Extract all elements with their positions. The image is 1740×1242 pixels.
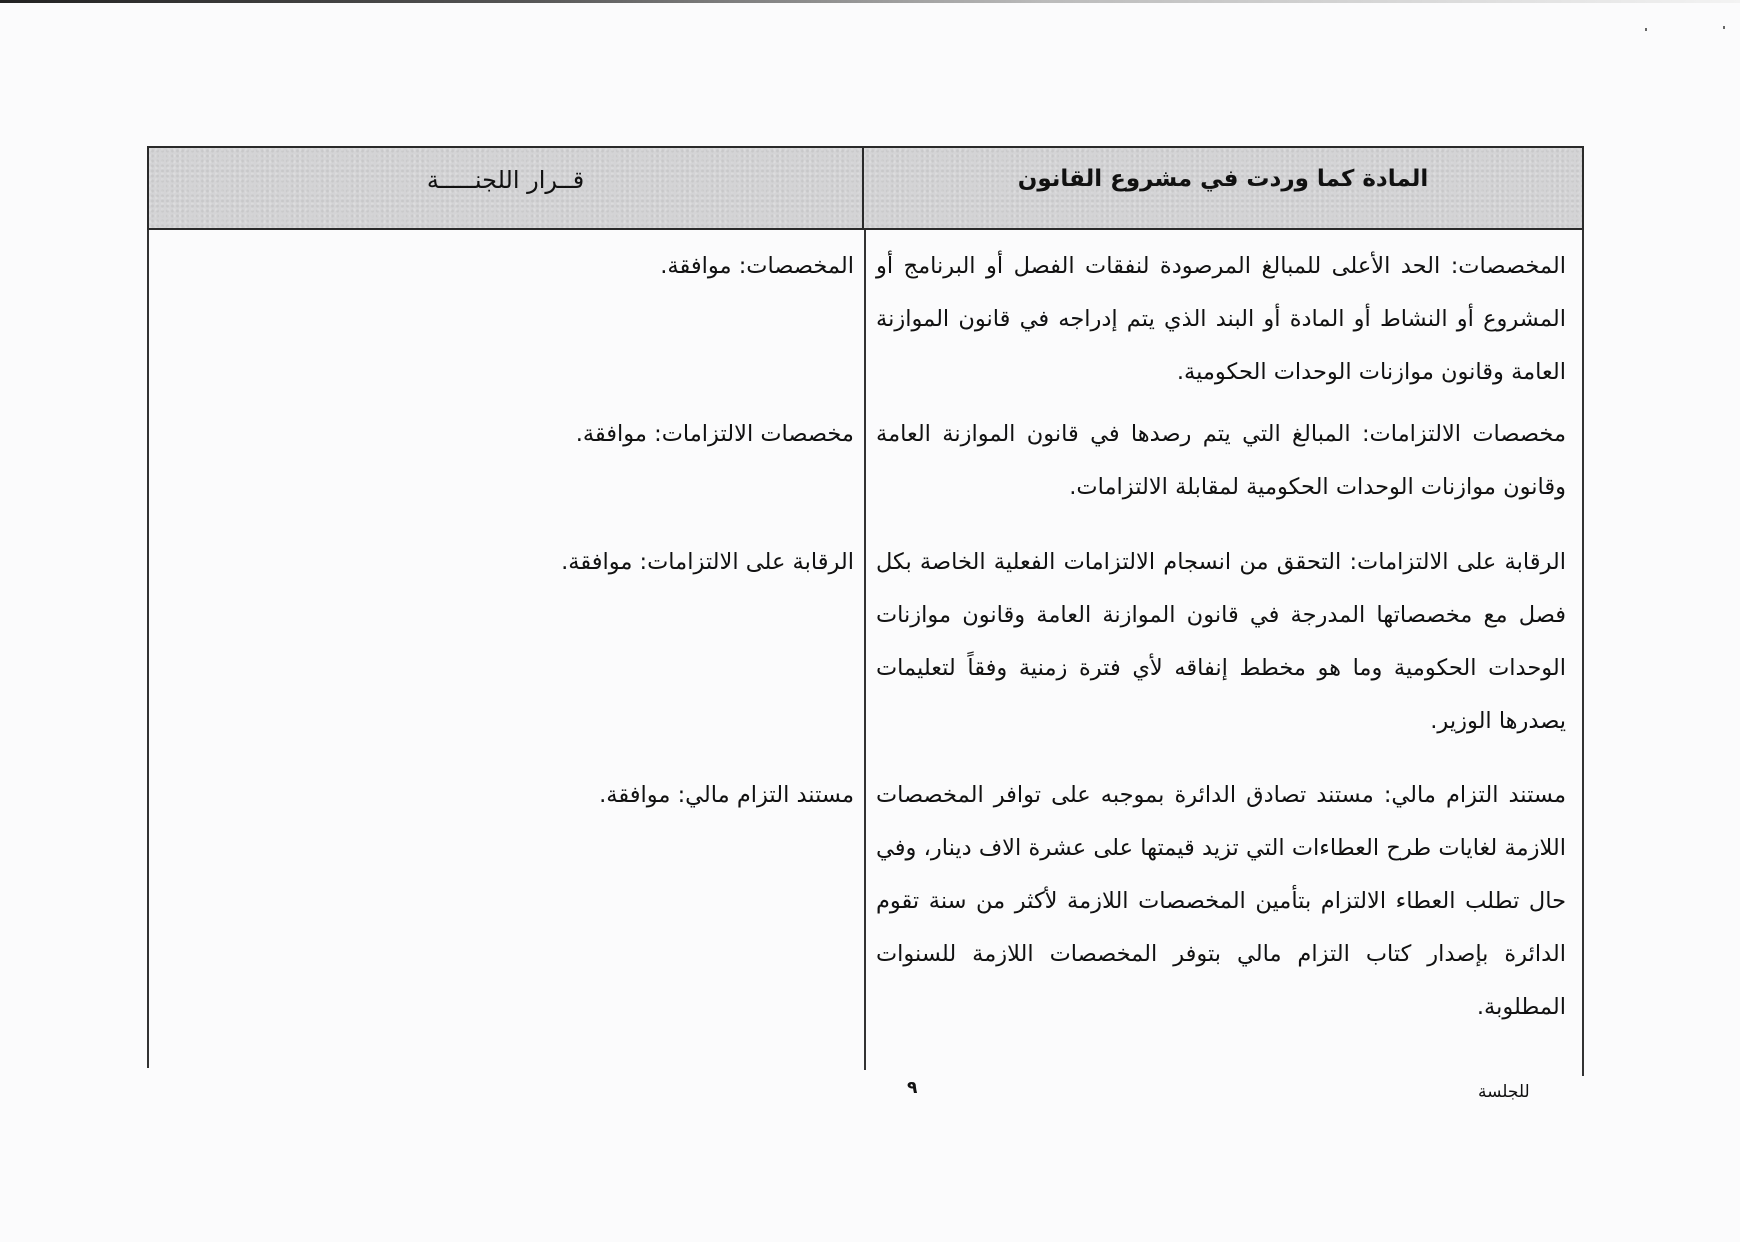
decision-text-commitment-control: الرقابة على الالتزامات: موافقة. bbox=[147, 526, 864, 759]
decision-text-allocations: المخصصات: موافقة. bbox=[147, 230, 864, 398]
decision-text-financial-commitment-document: مستند التزام مالي: موافقة. bbox=[147, 759, 864, 1049]
table-body: المخصصات: الحد الأعلى للمبالغ المرصودة ل… bbox=[147, 230, 1584, 1070]
article-text-commitment-allocations: مخصصات الالتزامات: المبالغ التي يتم رصده… bbox=[864, 398, 1584, 526]
footer-session-label: للجلسة bbox=[1478, 1082, 1530, 1102]
scan-edge-shadow bbox=[0, 0, 1740, 3]
comparison-table: المادة كما وردت في مشروع القانون قــرار … bbox=[147, 146, 1584, 1070]
table-row: مخصصات الالتزامات: المبالغ التي يتم رصده… bbox=[147, 398, 1584, 526]
header-committee-decision: قــرار اللجنـــــة bbox=[149, 148, 862, 228]
article-text-financial-commitment-document: مستند التزام مالي: مستند تصادق الدائرة ب… bbox=[864, 759, 1584, 1049]
article-text-commitment-control: الرقابة على الالتزامات: التحقق من انسجام… bbox=[864, 526, 1584, 759]
table-header-row: المادة كما وردت في مشروع القانون قــرار … bbox=[147, 146, 1584, 230]
scan-speck bbox=[1723, 26, 1725, 29]
table-row: الرقابة على الالتزامات: التحقق من انسجام… bbox=[147, 526, 1584, 759]
table-row: مستند التزام مالي: مستند تصادق الدائرة ب… bbox=[147, 759, 1584, 1049]
article-text-allocations: المخصصات: الحد الأعلى للمبالغ المرصودة ل… bbox=[864, 230, 1584, 398]
decision-text-commitment-allocations: مخصصات الالتزامات: موافقة. bbox=[147, 398, 864, 526]
header-article-as-in-draft-law: المادة كما وردت في مشروع القانون bbox=[862, 148, 1582, 228]
page-number: ٩ bbox=[907, 1078, 917, 1098]
scan-speck bbox=[1645, 28, 1647, 31]
table-row: المخصصات: الحد الأعلى للمبالغ المرصودة ل… bbox=[147, 230, 1584, 398]
